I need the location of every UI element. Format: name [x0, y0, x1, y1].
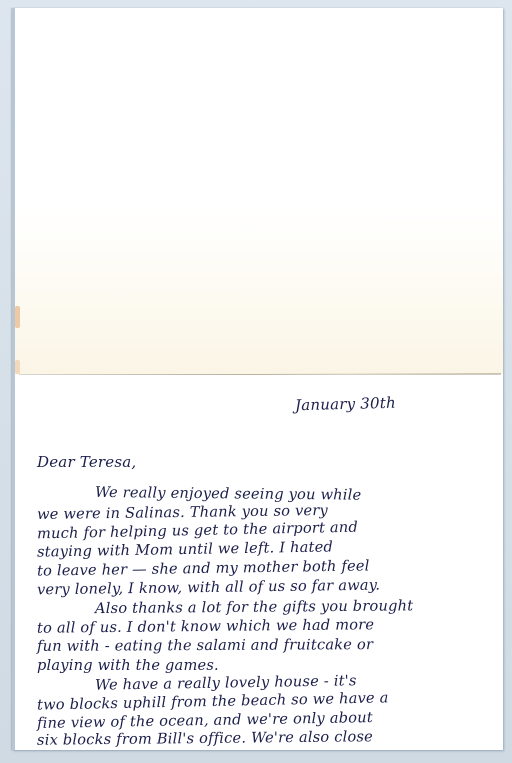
letter-line: six blocks from Bill's office. We're als… [37, 728, 373, 749]
letter-line: fun with - eating the salami and fruitca… [37, 636, 373, 655]
card-top-panel-blank [15, 8, 503, 374]
letter-salutation: Dear Teresa, [37, 453, 136, 471]
letter-date: January 30th [295, 394, 396, 415]
letter-line: playing with the games. [37, 657, 219, 674]
letter-line: We really enjoyed seeing you while [37, 483, 362, 503]
age-stain [15, 360, 20, 374]
card-bottom-panel-letter: January 30th Dear Teresa, We really enjo… [15, 375, 503, 750]
letter-line: very lonely, I know, with all of us so f… [37, 577, 380, 599]
note-card: January 30th Dear Teresa, We really enjo… [12, 8, 503, 750]
age-stain [15, 306, 20, 328]
letter-line: to leave her — she and my mother both fe… [37, 557, 370, 579]
letter-line: staying with Mom until we left. I hated [37, 538, 333, 560]
letter-line: Also thanks a lot for the gifts you brou… [37, 597, 413, 617]
letter-line: to all of us. I don't know which we had … [37, 616, 374, 637]
